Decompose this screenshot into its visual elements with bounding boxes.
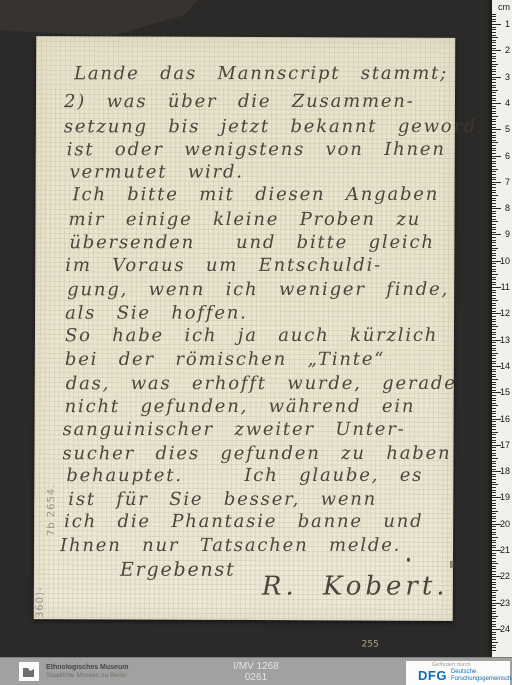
ruler-tick [492,171,496,172]
ruler-tick [492,611,496,612]
ruler-tick [492,111,496,112]
ruler-tick [492,532,496,533]
ruler-tick [492,398,496,399]
ruler-tick [492,634,496,635]
ruler-tick [492,216,496,217]
ruler-tick [492,50,501,51]
ruler-tick [492,492,496,493]
margin-annotation-top: 7b 2654. [46,484,57,537]
ruler-tick [492,100,496,101]
ruler-tick [492,479,496,480]
ruler-tick [492,434,496,435]
ruler-tick [492,158,496,159]
ruler-tick [492,311,496,312]
ruler-tick [492,227,496,228]
ruler-tick [492,474,496,475]
letter-line: Ich bitte mit diesen Angaben [73,184,440,205]
ruler-tick [492,135,496,136]
funding-org-line2: Forschungsgemeinschaft [451,676,512,683]
ruler-number: 6 [505,151,510,161]
ruler-tick [492,637,496,638]
ruler-tick [492,563,498,564]
ruler-tick [492,19,496,20]
ruler-number: 17 [500,440,510,450]
ruler-tick [492,463,496,464]
ruler-tick [492,200,496,201]
ruler-tick [492,124,496,125]
ruler-tick [492,287,501,288]
ruler-tick [492,505,496,506]
paper-speck [407,558,410,562]
ruler-tick [492,279,496,280]
ruler-tick [492,234,501,235]
ruler-number: 24 [500,624,510,634]
ruler-tick [492,639,496,640]
ruler-tick [492,37,498,38]
letter-line: mir einige kleine Proben zu [68,209,421,230]
ruler-tick [492,284,496,285]
ruler-number: 5 [505,124,510,134]
ruler-number: 1 [505,19,510,29]
ruler-tick [492,161,496,162]
ruler-tick [492,95,496,96]
ruler-number: 12 [500,308,510,318]
ruler-tick [492,300,498,301]
ruler-tick [492,85,496,86]
ruler-tick [492,592,496,593]
ruler-tick [492,458,498,459]
ruler-tick [492,408,496,409]
letter-line: übersenden und bitte gleich [69,232,434,253]
ruler-number: 15 [500,387,510,397]
ruler-tick [492,613,496,614]
ruler-tick [492,98,496,99]
ruler-number: 9 [505,229,510,239]
ruler-tick [492,540,496,541]
ruler-tick [492,42,496,43]
ruler-tick [492,232,496,233]
ruler-tick [492,358,496,359]
ruler-tick [492,621,496,622]
letter-line: bei der römischen „Tinte“ [65,349,385,370]
letter-line: sucher dies gefunden zu haben [62,443,451,464]
ruler-tick [492,495,496,496]
ruler-tick [492,324,496,325]
ruler-tick [492,605,496,606]
ruler-tick [492,277,496,278]
ruler-tick [492,321,496,322]
ruler-number: 10 [500,256,510,266]
ruler-number: 16 [500,414,510,424]
ruler-tick [492,250,496,251]
ruler-tick [492,190,496,191]
ruler-tick [492,145,496,146]
ruler-tick [492,213,496,214]
letter-line: als Sie hoffen. [65,303,248,324]
ruler-number: 3 [505,72,510,82]
ruler-tick [492,587,496,588]
ruler-tick [492,547,496,548]
ruler-tick [492,566,496,567]
ruler-tick [492,390,496,391]
ruler-tick [492,632,496,633]
ruler-tick [492,308,496,309]
ruler-tick [492,329,496,330]
ruler-tick [492,74,496,75]
letter-line: gung, wenn ich weniger finde, [67,279,449,300]
ruler-tick [492,424,496,425]
ruler-number: 8 [505,203,510,213]
ruler-tick [492,142,498,143]
footer-bar: Ethnologisches Museum Staatliche Museen … [0,657,512,685]
ruler-tick [492,319,496,320]
ruler-tick [492,24,501,25]
ruler-tick [492,129,501,130]
ruler-tick [492,87,496,88]
ruler-tick [492,426,496,427]
ruler-tick [492,416,496,417]
ruler-tick [492,119,496,120]
ruler-tick [492,361,496,362]
ruler-number: 7 [505,177,510,187]
ruler-tick [492,64,498,65]
ruler-tick [492,258,496,259]
ruler-tick [492,77,501,78]
ruler-tick [492,616,498,617]
ruler-tick [492,79,496,80]
ruler-tick [492,376,496,377]
ruler-tick [492,206,496,207]
ruler-tick [492,350,496,351]
ruler-tick [492,253,496,254]
ruler-tick [492,429,496,430]
ruler-tick [492,413,496,414]
letter-signature: R. Kobert. [262,571,449,601]
ruler-tick [492,106,496,107]
ruler-tick [492,518,496,519]
ruler-tick [492,337,496,338]
ruler-tick [492,579,496,580]
ruler-tick [492,447,496,448]
ruler-tick [492,305,496,306]
ruler-tick [492,103,501,104]
ruler-tick [492,432,498,433]
scan-viewer-stage: Lande das Mannscript stammt; 2) was über… [0,0,512,685]
ruler-tick [492,369,496,370]
ruler-tick [492,626,496,627]
ruler-number: 23 [500,598,510,608]
ruler-tick [492,534,496,535]
ruler-tick [492,182,501,183]
ruler-tick [492,58,496,59]
letter-line: im Voraus um Entschuldi- [65,255,382,276]
ruler-tick [492,211,496,212]
ruler-tick [492,240,496,241]
ruler-tick [492,582,496,583]
ruler-tick [492,40,496,41]
ruler-tick [492,600,496,601]
ruler-tick [492,437,496,438]
ruler-tick [492,263,496,264]
ruler-tick [492,466,496,467]
ruler-tick [492,332,496,333]
ruler-tick [492,411,496,412]
letter-page-scan: Lande das Mannscript stammt; 2) was über… [34,36,456,621]
ruler-tick [492,542,496,543]
ruler-tick [492,442,496,443]
ruler-tick [492,371,496,372]
ruler-tick [492,363,496,364]
ruler-tick [492,290,496,291]
ruler-tick [492,440,496,441]
ruler-tick [492,32,496,33]
ruler-tick [492,450,496,451]
ruler-tick [492,537,498,538]
ruler-tick [492,647,496,648]
ruler-number: 14 [500,361,510,371]
ruler-tick [492,48,496,49]
ruler-tick [492,27,496,28]
ruler-tick [492,137,496,138]
ruler-tick [492,342,496,343]
ruler-tick [492,195,498,196]
ruler-tick [492,140,496,141]
letter-line: sanguinischer zweiter Unter- [63,419,406,440]
ruler-tick [492,174,496,175]
ruler-tick [492,90,498,91]
ruler-tick [492,316,496,317]
ruler-tick [492,574,496,575]
ruler-tick [492,203,496,204]
ruler-tick [492,645,496,646]
ruler-tick [492,326,498,327]
ruler-tick [492,355,496,356]
ruler-tick [492,292,496,293]
letter-line: ist oder wenigstens von Ihnen [67,139,446,160]
ruler-tick [492,374,496,375]
ruler-tick [492,345,496,346]
ruler-tick [492,179,496,180]
ruler-tick [492,298,496,299]
ruler-tick [492,521,496,522]
ruler-tick [492,469,496,470]
ruler-tick [492,503,496,504]
ruler-tick [492,353,498,354]
ruler-tick [492,266,496,267]
ruler-tick [492,303,496,304]
backdrop-corner [0,0,198,36]
letter-line: vermutet wird. [70,162,244,183]
pencil-page-number: 255 [362,640,379,650]
ruler-tick [492,508,496,509]
ruler-tick [492,184,496,185]
letter-line: ist für Sie besser, wenn [68,489,377,510]
ruler-tick [492,513,496,514]
ruler-tick [492,334,496,335]
ruler-tick [492,187,496,188]
ruler-number: 11 [501,282,510,292]
ruler-tick [492,461,496,462]
ruler-number: 4 [505,98,510,108]
ruler-tick [492,482,496,483]
ruler-tick [492,121,496,122]
ruler-tick [492,116,498,117]
ruler-tick [492,597,496,598]
ruler-tick [492,568,496,569]
ruler-tick [492,421,496,422]
ruler-tick [492,153,496,154]
ruler-tick [492,500,496,501]
ruler-tick [492,282,496,283]
ruler-tick [492,490,496,491]
letter-line: 2) was über die Zusammen- [64,91,415,112]
funding-block: Gefördert durch DFG Deutsche Forschungsg… [406,661,510,685]
ruler-tick [492,255,496,256]
ruler-tick [492,177,496,178]
ruler-tick [492,269,496,270]
ruler-tick [492,271,496,272]
ruler-number: 19 [500,492,510,502]
ruler-tick [492,529,496,530]
ruler-tick [492,387,496,388]
ruler-tick [492,35,496,36]
ruler-tick [492,61,496,62]
ruler-tick [492,16,496,17]
ruler-number: 21 [500,545,510,555]
ruler-number: 18 [500,466,510,476]
ruler-tick [492,571,496,572]
ruler-tick [492,132,496,133]
ruler-tick [492,148,496,149]
ruler-tick [492,198,496,199]
ruler-tick [492,248,498,249]
ruler-tick [492,208,501,209]
dfg-logo: DFG [418,669,447,682]
ruler-tick [492,229,496,230]
paper-fold-mark [450,561,454,568]
ruler-number: 13 [500,335,510,345]
ruler-tick [492,624,496,625]
ruler-tick [492,108,496,109]
ruler-tick [492,56,496,57]
ruler-tick [492,69,496,70]
ruler-tick [492,166,496,167]
ruler-tick [492,192,496,193]
letter-line: das, was erhofft wurde, gerade [66,373,457,394]
ruler-tick [492,487,496,488]
ruler-tick [492,553,496,554]
ruler-number: 22 [500,571,510,581]
ruler-tick [492,295,496,296]
ruler-number: 20 [500,519,510,529]
ruler-tick [492,14,496,15]
ruler-tick [492,242,496,243]
ruler-number: 2 [505,45,510,55]
letter-line: behauptet. Ich glaube, es [66,465,423,486]
ruler-tick [492,156,501,157]
ruler-tick [492,555,496,556]
ruler-tick [492,476,496,477]
ruler-tick [492,150,496,151]
ruler-tick [492,558,496,559]
ruler-tick [492,484,498,485]
ruler-tick [492,516,496,517]
ruler-tick [492,21,496,22]
letter-line: Ihnen nur Tatsachen melde. [60,535,401,556]
ruler-tick [492,45,496,46]
ruler-tick [492,526,496,527]
ruler-tick [492,163,496,164]
letter-line: ich die Phantasie banne und [64,511,423,532]
ruler-tick [492,53,496,54]
ruler-tick [492,66,496,67]
ruler-tick [492,224,496,225]
ruler-tick [492,511,498,512]
ruler-tick [492,237,496,238]
ruler-tick [492,113,496,114]
ruler-tick [492,169,498,170]
ruler-tick [492,403,496,404]
ruler-tick [492,608,496,609]
ruler-tick [492,379,498,380]
ruler-tick [492,561,496,562]
ruler-tick [492,221,498,222]
letter-line: So habe ich ja auch kürzlich [65,325,438,346]
ruler-tick [492,618,496,619]
ruler-tick [492,219,496,220]
ruler-tick [492,348,496,349]
ruler-unit-label: cm [498,2,510,12]
ruler-tick [492,453,496,454]
ruler-tick [492,82,496,83]
ruler-tick [492,642,498,643]
margin-annotation-bottom: 360)- [35,586,46,618]
ruler: cm 1234567891011121314151617181920212223… [492,0,512,658]
ruler-tick [492,384,496,385]
letter-line: setzung bis jetzt bekannt geword. [64,116,485,137]
ruler-tick [492,127,496,128]
letter-line: Lande das Mannscript stammt; [74,63,448,84]
ruler-tick [492,400,496,401]
letter-line: nicht gefunden, während ein [65,396,416,417]
ruler-tick [492,405,498,406]
ruler-tick [492,595,496,596]
letter-closing: Ergebenst [120,559,236,581]
ruler-tick [492,455,496,456]
ruler-tick [492,382,496,383]
ruler-tick [492,274,498,275]
ruler-tick [492,590,498,591]
ruler-tick [492,71,496,72]
ruler-tick [492,92,496,93]
ruler-tick [492,545,496,546]
ruler-tick [492,650,496,651]
ruler-tick [492,245,496,246]
ruler-tick [492,395,496,396]
ruler-tick [492,29,496,30]
ruler-tick [492,584,496,585]
